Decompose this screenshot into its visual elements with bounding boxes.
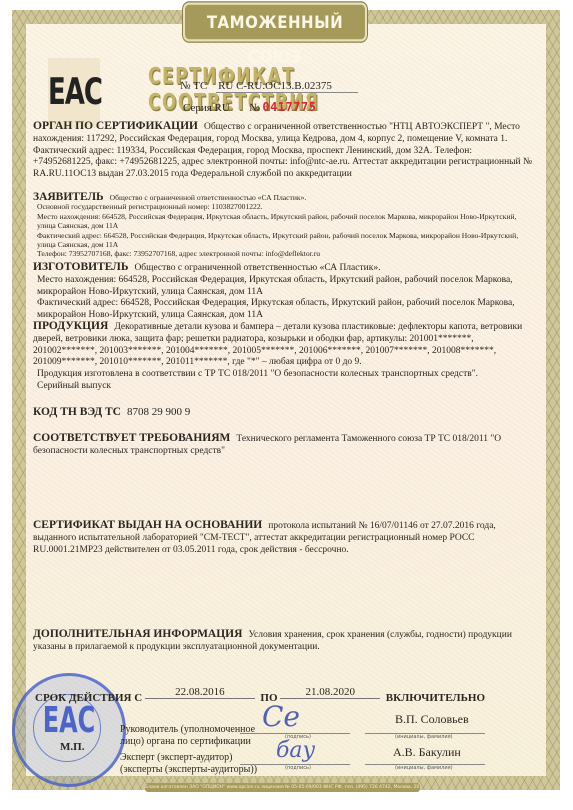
applicant-ogrn: Основной государственный регистрационный… (33, 202, 533, 211)
validity-date-from: 22.08.2016 (145, 686, 255, 699)
applicant-heading: ЗАЯВИТЕЛЬ (33, 191, 104, 203)
requirements-heading: СООТВЕТСТВУЕТ ТРЕБОВАНИЯМ (33, 432, 230, 444)
tc-label: № ТС (180, 80, 207, 92)
certification-stamp: ЕАС (12, 673, 126, 787)
product-conformity-note: Продукция изготовлена в соответствии с Т… (33, 369, 533, 381)
applicant-location: Место нахождения: 664528, Российская Фед… (33, 212, 533, 231)
expert-name-caption: (инициалы, фамилия) (395, 765, 453, 771)
product-section: ПРОДУКЦИЯДекоративные детали кузова и ба… (33, 321, 533, 393)
expert-name: А.В. Бакулин (393, 745, 461, 760)
manufacturer-location: Место нахождения: 664528, Российская Фед… (33, 275, 533, 299)
stamp-eac-logo-icon: ЕАС (15, 699, 123, 741)
head-role-line1: Руководитель (уполномоченное (120, 724, 255, 736)
expert-signature: бау (276, 738, 315, 763)
printer-imprint: Бланк изготовлен ЗАО "ОПЦИОН" www.opcion… (145, 783, 420, 792)
applicant-name: Общество с ограниченной ответственностью… (110, 193, 307, 202)
blank-number: 0417775 (262, 100, 316, 114)
manufacturer-section: ИЗГОТОВИТЕЛЬОбщество с ограниченной отве… (33, 262, 533, 322)
head-name: В.П. Соловьев (395, 712, 469, 727)
expert-role-line2: (эксперты (эксперты-аудиторы)) (120, 764, 257, 776)
manufacturer-heading: ИЗГОТОВИТЕЛЬ (33, 261, 128, 273)
applicant-section: ЗАЯВИТЕЛЬОбщество с ограниченной ответст… (33, 193, 533, 259)
certification-body-heading: ОРГАН ПО СЕРТИФИКАЦИИ (33, 120, 198, 132)
requirements-section: СООТВЕТСТВУЕТ ТРЕБОВАНИЯМТехнического ре… (33, 433, 533, 458)
product-heading: ПРОДУКЦИЯ (33, 320, 108, 332)
basis-section: СЕРТИФИКАТ ВЫДАН НА ОСНОВАНИИпротокола и… (33, 520, 533, 556)
hs-code-section: КОД ТН ВЭД ТС8708 29 900 9 (33, 407, 533, 420)
tc-number-row: № ТС RU C-RU.ОС13.В.02375 (180, 80, 358, 93)
additional-info-heading: ДОПОЛНИТЕЛЬНАЯ ИНФОРМАЦИЯ (33, 628, 242, 640)
head-role: Руководитель (уполномоченное лицо) орган… (120, 724, 255, 748)
head-signature: Ce (262, 700, 300, 733)
expert-signature-caption: (подпись) (285, 765, 311, 771)
series-row: Серия RU № 0417775 (183, 100, 316, 114)
head-role-line2: лицо) органа по сертификации (120, 736, 255, 748)
blank-label: № (249, 102, 260, 114)
product-release: Серийный выпуск (33, 381, 533, 393)
applicant-actual-address: Фактический адрес: 664528, Российская Фе… (33, 231, 533, 250)
manufacturer-name: Общество с ограниченной ответственностью… (134, 263, 380, 273)
head-name-caption: (инициалы, фамилия) (395, 734, 453, 740)
manufacturer-actual-address: Фактический адрес: 664528, Российская Фе… (33, 298, 533, 322)
stamp-place-label: М.П. (60, 741, 84, 753)
basis-heading: СЕРТИФИКАТ ВЫДАН НА ОСНОВАНИИ (33, 519, 262, 531)
series-label: Серия RU (183, 102, 230, 114)
validity-inclusive-label: ВКЛЮЧИТЕЛЬНО (386, 692, 485, 704)
certification-body-section: ОРГАН ПО СЕРТИФИКАЦИИОбщество с ограниче… (33, 121, 533, 181)
tc-number: RU C-RU.ОС13.В.02375 (216, 80, 358, 93)
expert-role: Эксперт (эксперт-аудитор) (эксперты (экс… (120, 752, 257, 776)
hs-code-value: 8708 29 900 9 (127, 406, 190, 418)
expert-role-line1: Эксперт (эксперт-аудитор) (120, 752, 257, 764)
validity-from-label: СРОК ДЕЙСТВИЯ С (35, 692, 142, 704)
eac-logo-icon: ЕАС (48, 58, 100, 128)
customs-union-banner: ТАМОЖЕННЫЙ СОЮЗ (183, 2, 367, 41)
additional-info-section: ДОПОЛНИТЕЛЬНАЯ ИНФОРМАЦИЯУсловия хранени… (33, 629, 533, 654)
hs-code-heading: КОД ТН ВЭД ТС (33, 406, 121, 418)
applicant-contacts: Телефон: 73952707168, факс: 73952707168,… (33, 249, 533, 258)
validity-date-to: 21.08.2020 (280, 686, 380, 699)
